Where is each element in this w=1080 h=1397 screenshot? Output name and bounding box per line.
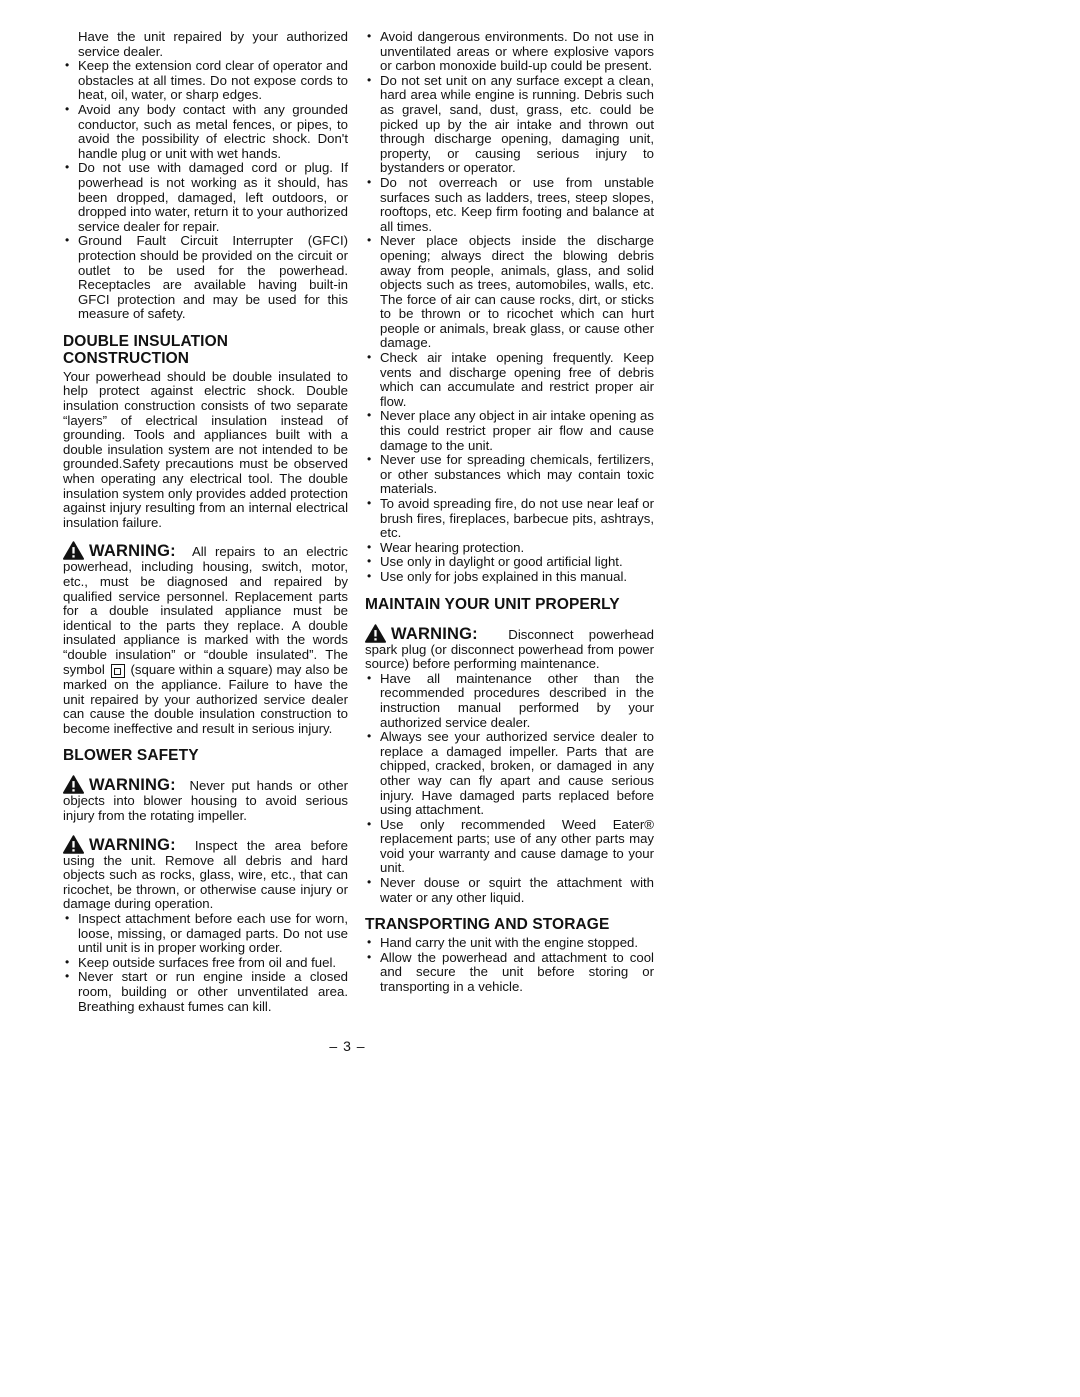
bullet-item: •Avoid any body contact with any grounde… [63, 103, 348, 161]
bullet-item: •Do not use with damaged cord or plug. I… [63, 161, 348, 234]
bullet-text: Use only recommended Weed Eater® replace… [380, 817, 654, 876]
bullet-text: Have the unit repaired by your authorize… [78, 29, 348, 59]
warning-label: WARNING: [89, 542, 176, 560]
bullet-item: •Ground Fault Circuit Interrupter (GFCI)… [63, 234, 348, 322]
bullet-text: Check air intake opening frequently. Kee… [380, 350, 654, 409]
warning-label: WARNING: [89, 836, 176, 854]
section-heading: BLOWER SAFETY [63, 747, 348, 764]
bullet-item: •Use only for jobs explained in this man… [365, 570, 654, 585]
bullet-marker-icon: • [367, 175, 371, 190]
bullet-text: Do not overreach or use from unstable su… [380, 175, 654, 234]
bullet-item: •Never douse or squirt the attachment wi… [365, 876, 654, 905]
bullet-text: Always see your authorized service deale… [380, 729, 654, 817]
bullet-item: •Inspect attachment before each use for … [63, 912, 348, 956]
warning-triangle-icon [63, 541, 84, 560]
bullet-marker-icon: • [367, 233, 371, 248]
bullet-text: Never use for spreading chemicals, ferti… [380, 452, 654, 496]
bullet-text: Hand carry the unit with the engine stop… [380, 935, 638, 950]
warning-triangle-icon [63, 835, 84, 854]
bullet-text: Do not use with damaged cord or plug. If… [78, 160, 348, 233]
bullet-marker-icon: • [65, 160, 69, 175]
bullet-text: To avoid spreading fire, do not use near… [380, 496, 654, 540]
bullet-marker-icon: • [367, 29, 371, 44]
bullet-item: •Hand carry the unit with the engine sto… [365, 936, 654, 951]
bullet-item: •Allow the powerhead and attachment to c… [365, 951, 654, 995]
paragraph: Your powerhead should be double insulate… [63, 370, 348, 531]
section-heading: TRANSPORTING AND STORAGE [365, 916, 654, 933]
bullet-marker-icon: • [65, 58, 69, 73]
warning-paragraph: WARNING: Inspect the area before using t… [63, 835, 348, 912]
warning-paragraph: WARNING: Never put hands or other object… [63, 775, 348, 823]
page-columns: •Have the unit repaired by your authoriz… [63, 30, 654, 1014]
bullet-marker-icon: • [65, 911, 69, 926]
bullet-item: •To avoid spreading fire, do not use nea… [365, 497, 654, 541]
bullet-marker-icon: • [367, 817, 371, 832]
bullet-item: •Avoid dangerous environments. Do not us… [365, 30, 654, 74]
manual-page: •Have the unit repaired by your authoriz… [0, 0, 1080, 1397]
bullet-item: •Do not set unit on any surface except a… [365, 74, 654, 176]
bullet-item: •Never start or run engine inside a clos… [63, 970, 348, 1014]
bullet-marker-icon: • [367, 671, 371, 686]
bullet-marker-icon: • [65, 955, 69, 970]
bullet-item: •Never place any object in air intake op… [365, 409, 654, 453]
bullet-text: Never place any object in air intake ope… [380, 408, 654, 452]
bullet-text: Ground Fault Circuit Interrupter (GFCI) … [78, 233, 348, 321]
warning-triangle-icon [365, 624, 386, 643]
bullet-text: Have all maintenance other than the reco… [380, 671, 654, 730]
square-within-square-inner [114, 668, 121, 675]
warning-label: WARNING: [391, 625, 478, 643]
warning-paragraph: WARNING: Disconnect powerhead spark plug… [365, 624, 654, 672]
bullet-text: Use only for jobs explained in this manu… [380, 569, 627, 584]
bullet-marker-icon: • [367, 73, 371, 88]
bullet-item: •Keep the extension cord clear of operat… [63, 59, 348, 103]
bullet-item: •Use only in daylight or good artificial… [365, 555, 654, 570]
bullet-item: •Do not overreach or use from unstable s… [365, 176, 654, 234]
bullet-marker-icon: • [367, 569, 371, 584]
bullet-marker-icon: • [367, 554, 371, 569]
bullet-item: •Wear hearing protection. [365, 541, 654, 556]
continuation-paragraph: •Have the unit repaired by your authoriz… [63, 30, 348, 59]
bullet-text: Never douse or squirt the attachment wit… [380, 875, 654, 905]
bullet-marker-icon: • [367, 935, 371, 950]
bullet-text: Wear hearing protection. [380, 540, 524, 555]
bullet-marker-icon: • [367, 350, 371, 365]
bullet-text: Keep outside surfaces free from oil and … [78, 955, 336, 970]
bullet-marker-icon: • [65, 969, 69, 984]
bullet-marker-icon: • [367, 408, 371, 423]
bullet-marker-icon: • [65, 233, 69, 248]
square-within-square-icon [111, 664, 125, 678]
bullet-marker-icon: • [367, 950, 371, 965]
bullet-text: Avoid dangerous environments. Do not use… [380, 29, 654, 73]
bullet-marker-icon: • [367, 452, 371, 467]
bullet-marker-icon: • [367, 496, 371, 511]
bullet-item: •Never use for spreading chemicals, fert… [365, 453, 654, 497]
bullet-text: Allow the powerhead and attachment to co… [380, 950, 654, 994]
bullet-text: Never start or run engine inside a close… [78, 969, 348, 1013]
page-number: – 3 – [50, 1038, 645, 1054]
bullet-marker-icon: • [367, 729, 371, 744]
bullet-item: •Check air intake opening frequently. Ke… [365, 351, 654, 409]
right-column: •Avoid dangerous environments. Do not us… [365, 30, 654, 1014]
warning-triangle-icon [63, 775, 84, 794]
warning-label: WARNING: [89, 776, 176, 794]
bullet-item: •Always see your authorized service deal… [365, 730, 654, 818]
bullet-marker-icon: • [367, 875, 371, 890]
bullet-item: •Have all maintenance other than the rec… [365, 672, 654, 730]
section-heading: MAINTAIN YOUR UNIT PROPERLY [365, 596, 654, 613]
bullet-text: Use only in daylight or good artificial … [380, 554, 623, 569]
bullet-text: Avoid any body contact with any grounded… [78, 102, 348, 161]
bullet-marker-icon: • [65, 102, 69, 117]
bullet-item: •Keep outside surfaces free from oil and… [63, 956, 348, 971]
bullet-item: •Use only recommended Weed Eater® replac… [365, 818, 654, 876]
bullet-text: Inspect attachment before each use for w… [78, 911, 348, 955]
left-column: •Have the unit repaired by your authoriz… [63, 30, 348, 1014]
warning-text: All repairs to an electric powerhead, in… [63, 544, 348, 735]
bullet-text: Never place objects inside the discharge… [380, 233, 654, 350]
bullet-item: •Never place objects inside the discharg… [365, 234, 654, 351]
bullet-text: Do not set unit on any surface except a … [380, 73, 654, 176]
warning-paragraph: WARNING: All repairs to an electric powe… [63, 541, 348, 736]
bullet-text: Keep the extension cord clear of operato… [78, 58, 348, 102]
section-heading: DOUBLE INSULATION CONSTRUCTION [63, 333, 348, 367]
bullet-marker-icon: • [367, 540, 371, 555]
